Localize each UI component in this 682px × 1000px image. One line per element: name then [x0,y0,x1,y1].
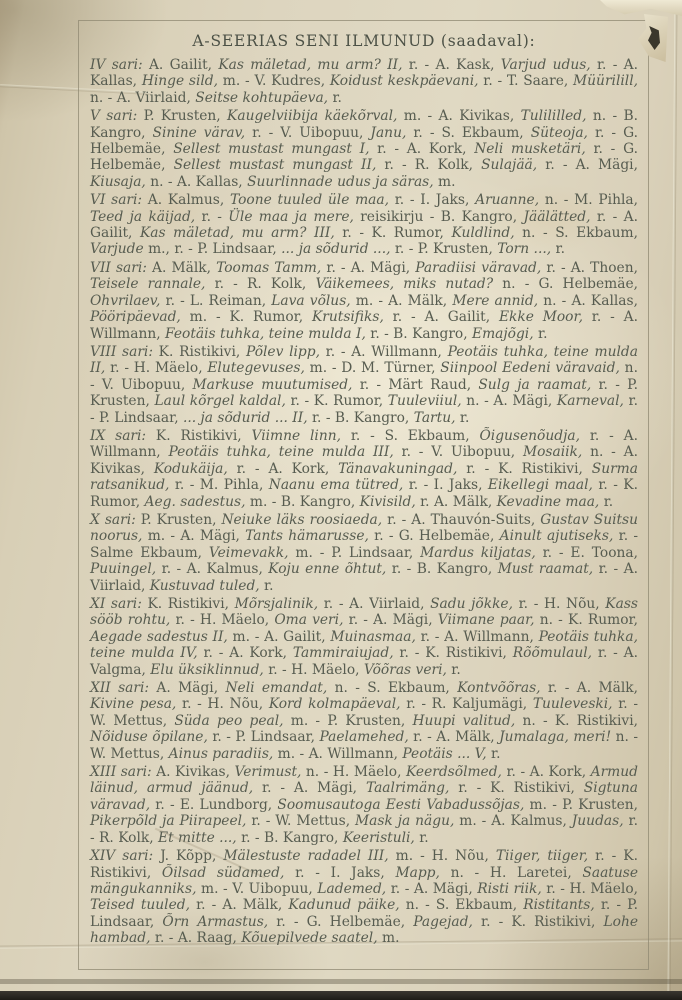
series-paragraph: XIV sari: J. Kõpp, Mälestuste radadel II… [90,848,638,946]
series-paragraph: XI sari: K. Ristikivi, Mõrsjalinik, r. -… [90,596,638,678]
series-paragraph: XIII sari: A. Kivikas, Verimust, n. - H.… [90,764,638,846]
series-paragraph: IX sari: K. Ristikivi, Viimne linn, r. -… [90,428,638,510]
text-block: A-SEERIAS SENI ILMUNUD (saadaval): IV sa… [90,32,638,949]
paper-texture: A-SEERIAS SENI ILMUNUD (saadaval): IV sa… [0,0,682,992]
series-paragraph: IV sari: A. Gailit, Kas mäletad, mu arm?… [90,57,638,106]
page-title: A-SEERIAS SENI ILMUNUD (saadaval): [90,32,638,50]
jacket-tear-edge [600,0,682,16]
photo-dark-edge [0,991,682,1000]
paper-fold [668,0,678,992]
scanned-book-page: A-SEERIAS SENI ILMUNUD (saadaval): IV sa… [0,0,682,1000]
series-paragraph: X sari: P. Krusten, Neiuke läks roosiaed… [90,512,638,594]
series-paragraph: XII sari: A. Mägi, Neli emandat, n. - S.… [90,680,638,762]
series-paragraph: VI sari: A. Kalmus, Toone tuuled üle maa… [90,192,638,258]
book-list: IV sari: A. Gailit, Kas mäletad, mu arm?… [90,57,638,947]
series-paragraph: V sari: P. Krusten, Kaugelviibija käekõr… [90,108,638,190]
series-paragraph: VII sari: A. Mälk, Toomas Tamm, r. - A. … [90,260,638,342]
series-paragraph: VIII sari: K. Ristikivi, Põlev lipp, r. … [90,344,638,426]
page-bottom-shadow [0,979,682,984]
